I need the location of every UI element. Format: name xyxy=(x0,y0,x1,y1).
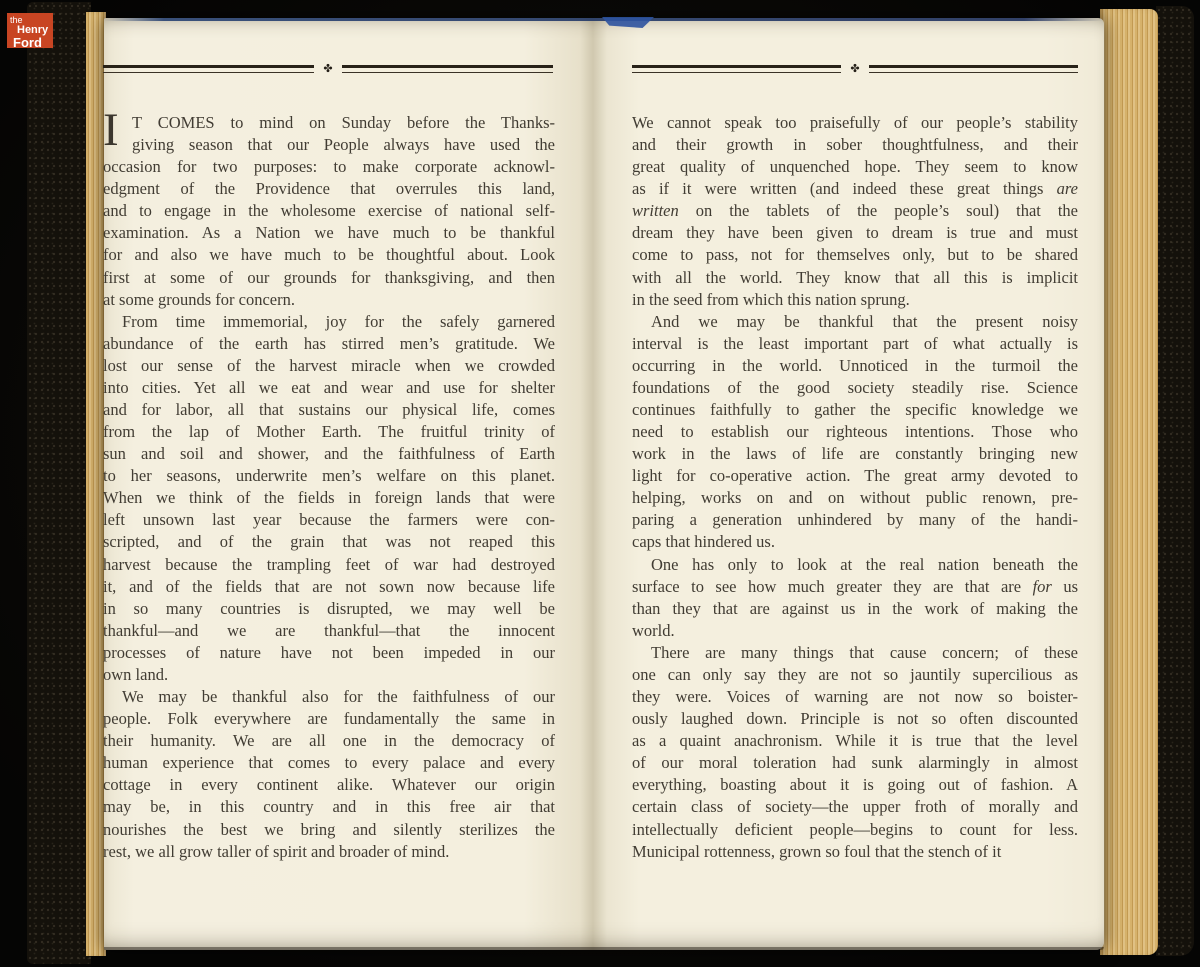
text-line: We cannot speak too praisefully of our p… xyxy=(632,112,1078,134)
page-fore-edge-right xyxy=(1100,9,1158,955)
drop-cap: I xyxy=(103,107,119,154)
text-line: edgment of the Providence that overrules… xyxy=(103,178,555,200)
text-line: thankful—and we are thankful—that the in… xyxy=(103,620,555,642)
text-line: of our moral toleration had sunk alarmin… xyxy=(632,752,1078,774)
text-line: come to pass, not for themselves only, b… xyxy=(632,244,1078,266)
text-line: to her seasons, underwrite men’s welfare… xyxy=(103,465,555,487)
book-cover-left-edge xyxy=(27,2,91,964)
right-page-text: We cannot speak too praisefully of our p… xyxy=(632,112,1078,863)
header-rule-right-page: ✤ xyxy=(632,62,1078,76)
henry-ford-logo: the Henry Ford xyxy=(7,13,53,48)
floret-ornament-icon: ✤ xyxy=(323,63,332,74)
text-line: own land. xyxy=(103,664,555,686)
text-line: interval is the least important part of … xyxy=(632,333,1078,355)
text-line: surface to see how much greater they are… xyxy=(632,576,1078,598)
rule-line xyxy=(869,65,1078,73)
text-line: for and also we have much to be thoughtf… xyxy=(103,244,555,266)
floret-ornament-icon: ✤ xyxy=(850,63,859,74)
text-line: one can only say they are not so jauntil… xyxy=(632,664,1078,686)
text-line: and for labor, all that sustains our phy… xyxy=(103,399,555,421)
text-line: than they that are against us in the wor… xyxy=(632,598,1078,620)
text-line: at some grounds for concern. xyxy=(103,289,555,311)
text-line: left unsown last year because the farmer… xyxy=(103,509,555,531)
text-line: rest, we all grow taller of spirit and b… xyxy=(103,841,555,863)
text-line: From time immemorial, joy for the safely… xyxy=(103,311,555,333)
text-line: it, and of the fields that are not sown … xyxy=(103,576,555,598)
text-line: as a quaint anachronism. While it is tru… xyxy=(632,730,1078,752)
header-rule-left-page: ✤ xyxy=(103,62,553,76)
bottom-edge-shadow xyxy=(104,947,1104,950)
blue-ribbon-marker xyxy=(602,17,654,28)
text-line: may be, in this country and in this free… xyxy=(103,796,555,818)
text-line: And we may be thankful that the present … xyxy=(632,311,1078,333)
text-line: continues faithfully to gather the speci… xyxy=(632,399,1078,421)
text-line: scripted, and of the grain that was not … xyxy=(103,531,555,553)
text-line: as if it were written (and indeed these … xyxy=(632,178,1078,200)
book-cover-right-edge xyxy=(1156,6,1194,956)
text-line: When we think of the fields in foreign l… xyxy=(103,487,555,509)
left-page-text: I T COMES to mind on Sunday before the T… xyxy=(103,112,555,863)
text-line: We may be thankful also for the faithful… xyxy=(103,686,555,708)
text-line: foundations of the good society steadily… xyxy=(632,377,1078,399)
text-line: first at some of our grounds for thanksg… xyxy=(103,267,555,289)
text-line: need to establish our righteous intentio… xyxy=(632,421,1078,443)
text-line: nourishes the best we bring and silently… xyxy=(103,819,555,841)
text-line: in so many countries is disrupted, we ma… xyxy=(103,598,555,620)
text-line: harvest because the trampling feet of wa… xyxy=(103,554,555,576)
text-line: from the lap of Mother Earth. The fruitf… xyxy=(103,421,555,443)
text-line: T COMES to mind on Sunday before the Tha… xyxy=(103,112,555,134)
rule-line xyxy=(103,65,314,73)
text-line: and to engage in the wholesome exercise … xyxy=(103,200,555,222)
text-line: cottage in every continent alike. Whatev… xyxy=(103,774,555,796)
text-line: There are many things that cause concern… xyxy=(632,642,1078,664)
text-line: helping, works on and on without public … xyxy=(632,487,1078,509)
text-line: examination. As a Nation we have much to… xyxy=(103,222,555,244)
text-line: Municipal rottenness, grown so foul that… xyxy=(632,841,1078,863)
text-line: certain class of society—the upper froth… xyxy=(632,796,1078,818)
text-line: people. Folk everywhere are fundamentall… xyxy=(103,708,555,730)
text-line: caps that hindered us. xyxy=(632,531,1078,553)
text-line: One has only to look at the real nation … xyxy=(632,554,1078,576)
text-line: written on the tablets of the people’s s… xyxy=(632,200,1078,222)
text-line: they were. Voices of warning are not now… xyxy=(632,686,1078,708)
text-line: lost our sense of the harvest miracle wh… xyxy=(103,355,555,377)
text-line: occasion for two purposes: to make corpo… xyxy=(103,156,555,178)
text-line: great quality of unquenched hope. They s… xyxy=(632,156,1078,178)
text-line: intellectually deficient people—begins t… xyxy=(632,819,1078,841)
text-line: processes of nature have not been impede… xyxy=(103,642,555,664)
text-line: abundance of the earth has stirred men’s… xyxy=(103,333,555,355)
text-line: paring a generation unhindered by many o… xyxy=(632,509,1078,531)
text-line: with all the world. They know that all t… xyxy=(632,267,1078,289)
text-line: work in the laws of life are constantly … xyxy=(632,443,1078,465)
rule-line xyxy=(342,65,553,73)
text-line: and their growth in sober thoughtfulness… xyxy=(632,134,1078,156)
text-line: their humanity. We are all one in the de… xyxy=(103,730,555,752)
text-line: giving season that our People always hav… xyxy=(103,134,555,156)
text-line: ously laughed down. Principle is not so … xyxy=(632,708,1078,730)
text-line: dream they have been given to dream is t… xyxy=(632,222,1078,244)
text-line: world. xyxy=(632,620,1078,642)
text-line: human experience that comes to every pal… xyxy=(103,752,555,774)
book-photo: { "logo": { "line1": "the", "line2": "He… xyxy=(0,0,1200,967)
text-line: occurring in the world. Unnoticed in the… xyxy=(632,355,1078,377)
text-line: everything, boasting about it is going o… xyxy=(632,774,1078,796)
logo-line-ford: Ford xyxy=(13,36,53,48)
rule-line xyxy=(632,65,841,73)
text-line: in the seed from which this nation sprun… xyxy=(632,289,1078,311)
text-line: sun and soil and shower, and the faithfu… xyxy=(103,443,555,465)
text-line: into cities. Yet all we eat and wear and… xyxy=(103,377,555,399)
text-line: light for co-operative action. The great… xyxy=(632,465,1078,487)
